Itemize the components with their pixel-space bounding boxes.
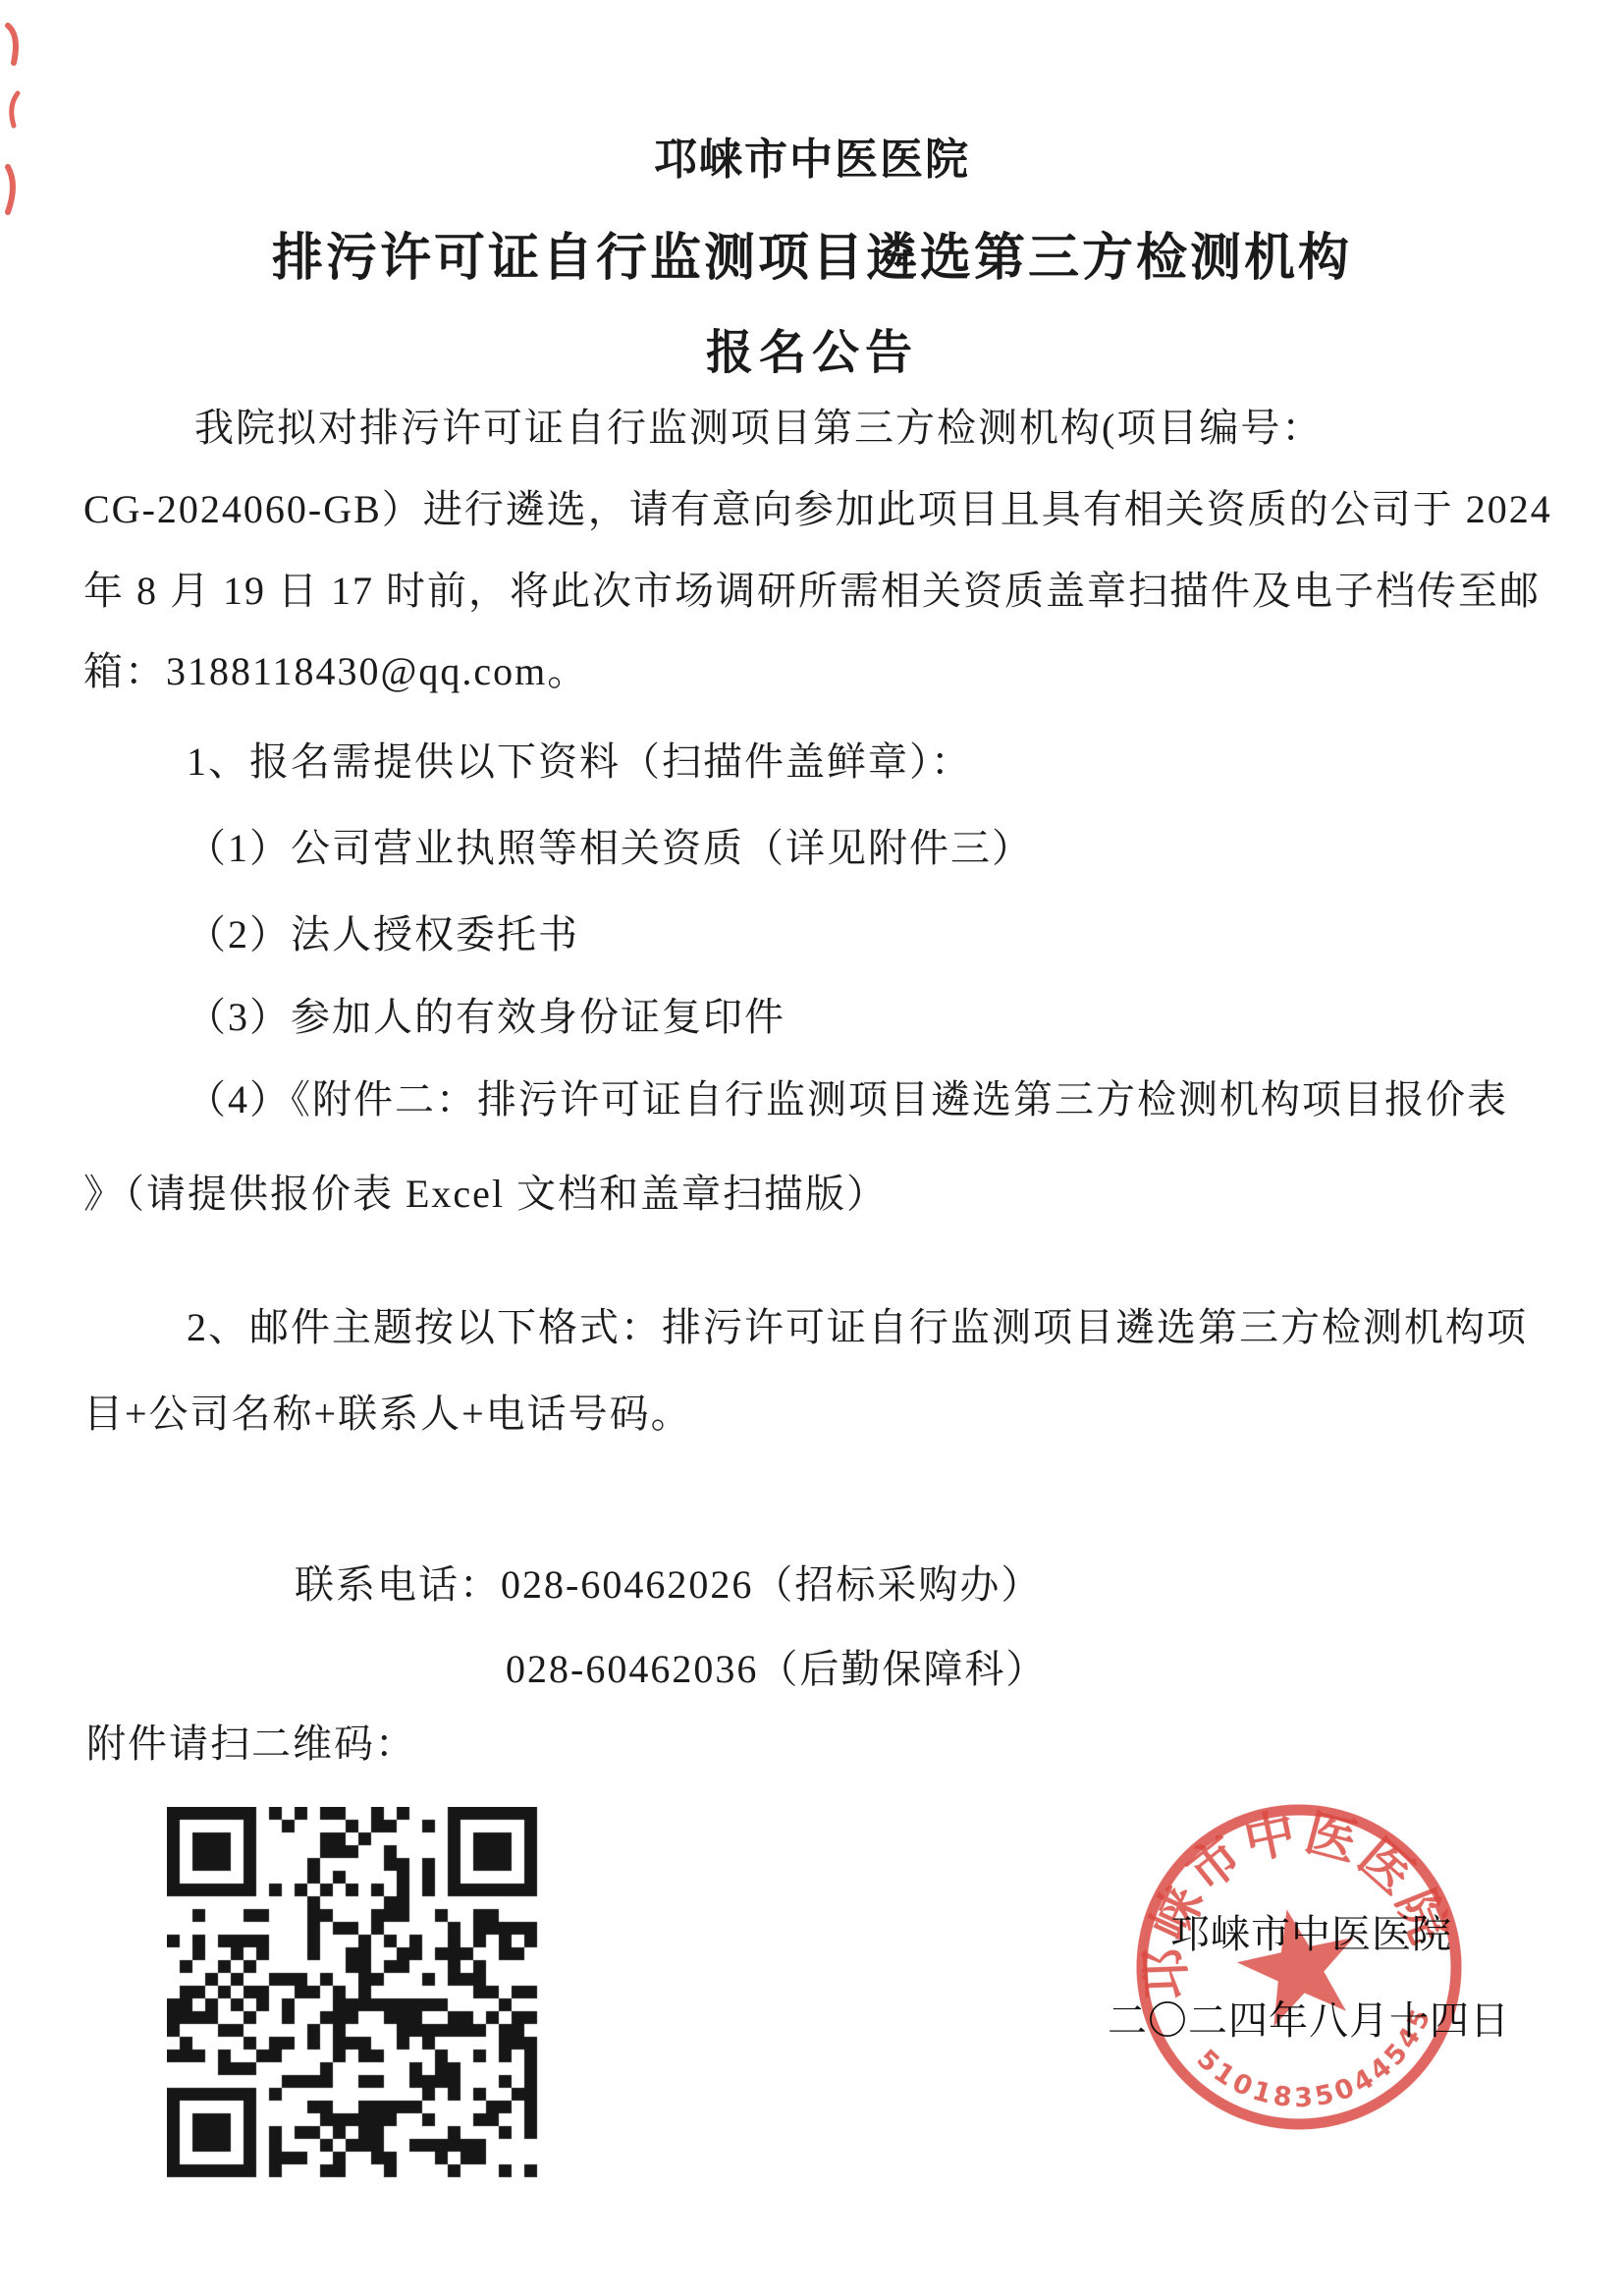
- official-seal-stamp: 邛崃市中医医院 5101835044545: [1060, 1728, 1538, 2206]
- seal-serial-number: 5101835044545: [1187, 1996, 1453, 2137]
- paragraph1-line3: 年 8 月 19 日 17 时前，将此次市场调研所需相关资质盖章扫描件及电子档传…: [83, 568, 1541, 615]
- contact-phone-2: 028-60462036（后勤保障科）: [506, 1646, 1047, 1693]
- paragraph1-line2: CG-2024060-GB）进行遴选，请有意向参加此项目且具有相关资质的公司于 …: [83, 486, 1552, 533]
- doc-title-hospital: 邛崃市中医医院: [0, 124, 1624, 187]
- doc-title-announcement: 报名公告: [0, 314, 1624, 382]
- list-item-1: 1、报名需提供以下资料（扫描件盖鲜章）：: [187, 738, 972, 786]
- list-item-1d-continuation: 》（请提供报价表 Excel 文档和盖章扫描版）: [83, 1171, 888, 1218]
- paragraph1-line4: 箱：3188118430@qq.com。: [83, 648, 588, 695]
- qr-code: [167, 1807, 545, 2195]
- list-item-1b: （2）法人授权委托书: [187, 911, 579, 958]
- contact-phone-1: 联系电话：028-60462026（招标采购办）: [295, 1561, 1042, 1609]
- svg-text:5101835044545: 5101835044545: [1187, 1996, 1453, 2137]
- paragraph2-line1: 2、邮件主题按以下格式：排污许可证自行监测项目遴选第三方检测机构项: [187, 1304, 1528, 1351]
- qr-code-canvas: [167, 1807, 545, 2195]
- list-item-1d: （4）《附件二：排污许可证自行监测项目遴选第三方检测机构项目报价表: [187, 1076, 1508, 1123]
- qr-caption: 附件请扫二维码：: [86, 1721, 416, 1768]
- doc-title-project: 排污许可证自行监测项目遴选第三方检测机构: [0, 216, 1624, 290]
- announcement-document: 邛崃市中医医院 排污许可证自行监测项目遴选第三方检测机构 报名公告 我院拟对排污…: [0, 0, 1624, 2296]
- red-edge-mark: [2, 22, 27, 67]
- seal-star-icon: [1228, 1897, 1369, 2032]
- list-item-1a: （1）公司营业执照等相关资质（详见附件三）: [187, 825, 1033, 872]
- paragraph1-line1: 我院拟对排污许可证自行监测项目第三方检测机构(项目编号：: [194, 405, 1323, 452]
- list-item-1c: （3）参加人的有效身份证复印件: [187, 994, 785, 1041]
- paragraph2-line2: 目+公司名称+联系人+电话号码。: [83, 1391, 692, 1438]
